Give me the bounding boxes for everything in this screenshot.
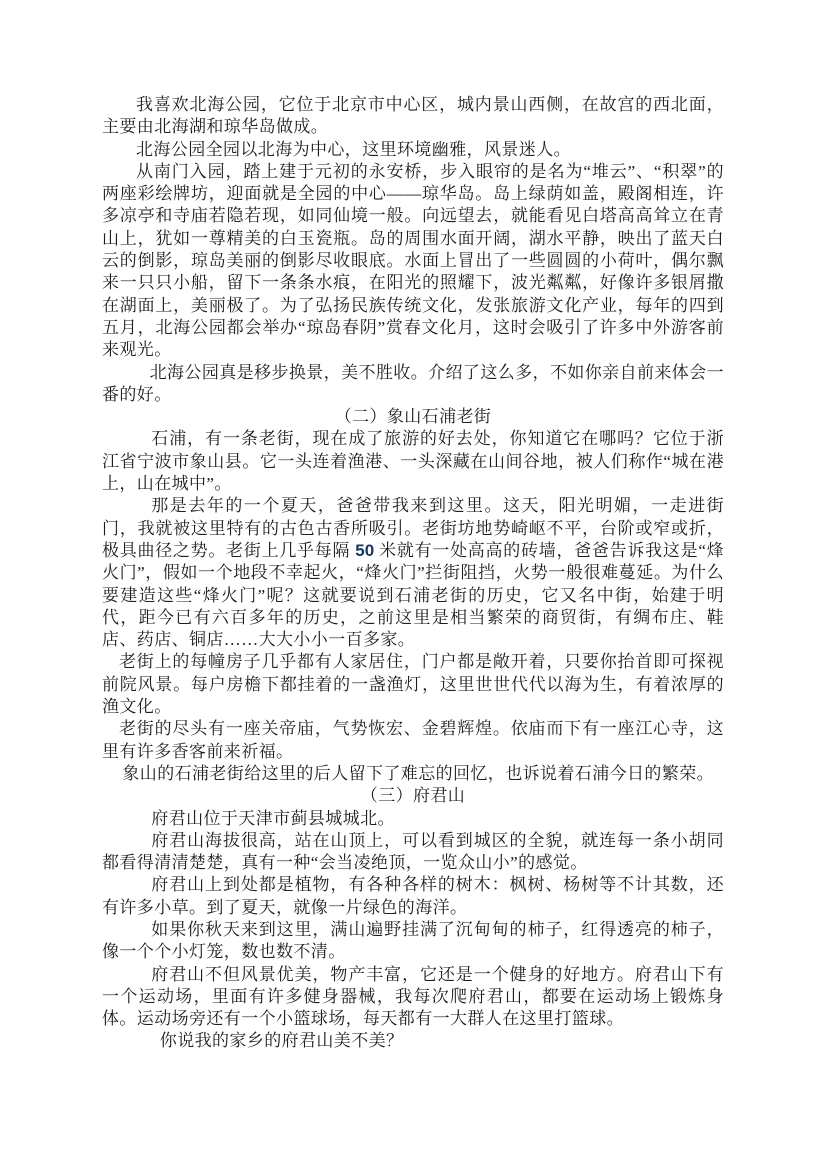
document-content: 我喜欢北海公园，它位于北京市中心区，城内景山西侧，在故宫的西北面，主要由北海湖和… [102,94,724,1053]
paragraph: 府君山位于天津市蓟县城城北。 [102,808,724,830]
paragraph: 北海公园全园以北海为中心，这里环境幽雅，风景迷人。 [102,139,724,161]
paragraph: 那是去年的一个夏天，爸爸带我来到这里。这天，阳光明媚，一走进街门，我就被这里特有… [102,495,724,651]
section-heading: （二）象山石浦老街 [102,406,724,428]
text-run: 你说我的家乡的府君山美不美？ [160,1031,404,1050]
text-run: 石浦，有一条老街，现在成了旅游的好去处，你知道它在哪吗？它位于浙江省宁波市象山县… [102,429,724,493]
text-run: 我喜欢北海公园，它位于北京市中心区，城内景山西侧，在故宫的西北面，主要由北海湖和… [102,95,724,136]
text-run: 府君山不但风景优美，物产丰富，它还是一个健身的好地方。府君山下有一个运动场，里面… [102,965,724,1029]
text-run: 北海公园全园以北海为中心，这里环境幽雅，风景迷人。 [136,140,571,159]
paragraph: 象山的石浦老街给这里的后人留下了难忘的回忆，也诉说着石浦今日的繁荣。 [102,763,724,785]
paragraph: 北海公园真是移步换景，美不胜收。介绍了这么多，不如你亲自前来体会一番的好。 [102,362,724,407]
paragraph: 老街上的每幢房子几乎都有人家居住，门户都是敞开着，只要你抬首即可探视前院风景。每… [102,651,724,718]
document-page: 我喜欢北海公园，它位于北京市中心区，城内景山西侧，在故宫的西北面，主要由北海湖和… [0,0,826,1169]
paragraph: 我喜欢北海公园，它位于北京市中心区，城内景山西侧，在故宫的西北面，主要由北海湖和… [102,94,724,139]
text-run: 府君山海拔很高，站在山顶上，可以看到城区的全貌，就连每一条小胡同都看得清清楚楚，… [102,831,724,872]
paragraph: 石浦，有一条老街，现在成了旅游的好去处，你知道它在哪吗？它位于浙江省宁波市象山县… [102,428,724,495]
paragraph: 府君山不但风景优美，物产丰富，它还是一个健身的好地方。府君山下有一个运动场，里面… [102,964,724,1031]
text-run: 象山的石浦老街给这里的后人留下了难忘的回忆，也诉说着石浦今日的繁荣。 [122,764,714,783]
paragraph: 府君山海拔很高，站在山顶上，可以看到城区的全貌，就连每一条小胡同都看得清清楚楚，… [102,830,724,875]
distance-number: 50 [355,541,374,560]
text-run: 府君山上到处都是植物，有各种各样的树木：枫树、杨树等不计其数，还有许多小草。到了… [102,875,724,916]
paragraph: 府君山上到处都是植物，有各种各样的树木：枫树、杨树等不计其数，还有许多小草。到了… [102,874,724,919]
section-heading: （三）府君山 [102,785,724,807]
text-run: 从南门入园，踏上建于元初的永安桥，步入眼帘的是名为“堆云”、“积翠”的两座彩绘牌… [102,162,724,359]
text-run: 老街上的每幢房子几乎都有人家居住，门户都是敞开着，只要你抬首即可探视前院风景。每… [102,652,724,716]
text-run: 老街的尽头有一座关帝庙，气势恢宏、金碧辉煌。依庙而下有一座江心寺，这里有许多香客… [102,719,724,760]
text-run: 如果你秋天来到这里，满山遍野挂满了沉甸甸的柿子，红得透亮的柿子，像一个个小灯笼，… [102,920,724,961]
text-run: 北海公园真是移步换景，美不胜收。介绍了这么多，不如你亲自前来体会一番的好。 [102,363,724,404]
paragraph: 老街的尽头有一座关帝庙，气势恢宏、金碧辉煌。依庙而下有一座江心寺，这里有许多香客… [102,718,724,763]
paragraph: 如果你秋天来到这里，满山遍野挂满了沉甸甸的柿子，红得透亮的柿子，像一个个小灯笼，… [102,919,724,964]
paragraph: 从南门入园，踏上建于元初的永安桥，步入眼帘的是名为“堆云”、“积翠”的两座彩绘牌… [102,161,724,362]
text-run: 府君山位于天津市蓟县城城北。 [151,809,395,828]
paragraph: 你说我的家乡的府君山美不美？ [102,1030,724,1052]
